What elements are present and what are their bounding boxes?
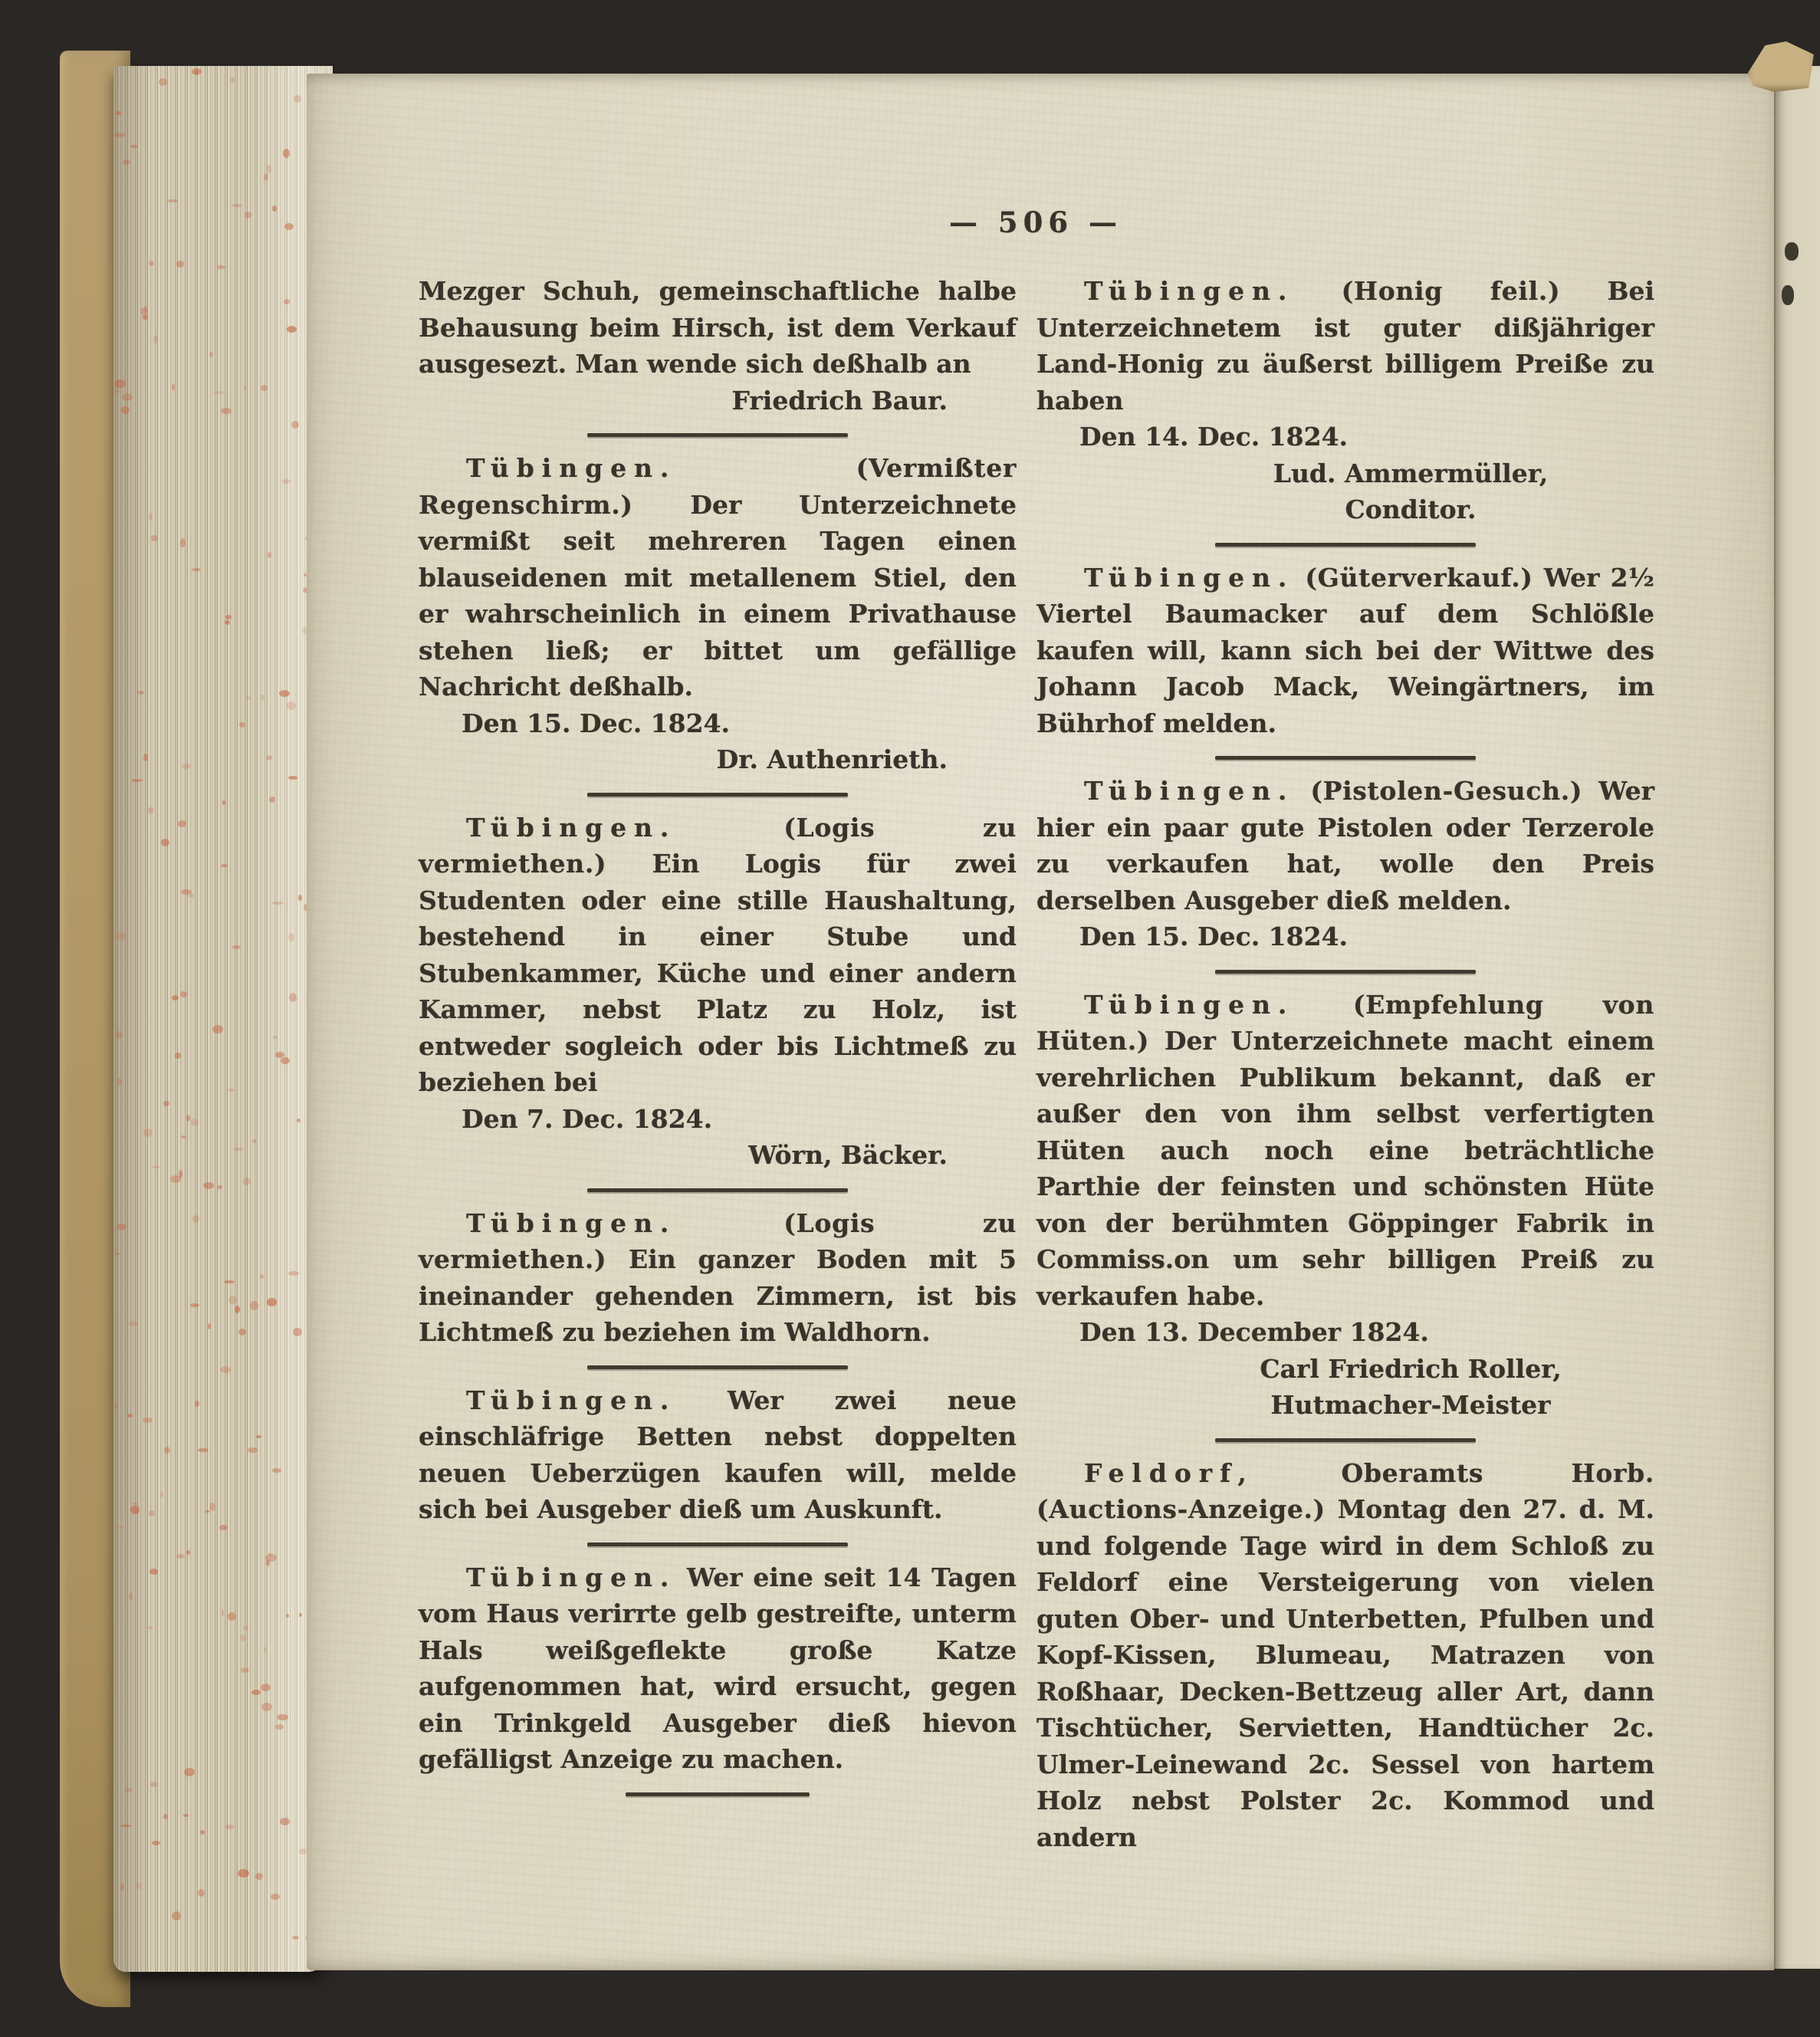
edge-speckle [209,352,213,357]
edge-speckle [115,1031,123,1039]
edge-speckle [122,393,133,401]
ad-signature: Hutmacher-Meister [1036,1387,1654,1424]
edge-speckle [176,261,184,268]
edge-speckle [220,1366,231,1373]
edge-speckle [293,1328,302,1336]
ad-section: Tübingen. (Logis zu vermiethen.) Ein Log… [419,810,1017,1192]
edge-speckle [212,1025,223,1033]
edge-speckle [186,1550,190,1555]
ad-topic: (Honig feil.) [1342,276,1561,306]
ad-section: Tübingen. (Honig feil.) Bei Unterzeichne… [1036,273,1654,547]
edge-speckle [114,379,126,388]
edge-speckle [140,307,148,316]
ad-section: Feldorf, Oberamts Horb. (Auctions-Anzeig… [1036,1455,1654,1856]
edge-speckle [217,265,225,269]
ad-body: Der Unterzeichnete vermißt seit mehreren… [419,490,1017,702]
ad-paragraph: Mezger Schuh, gemeinschaftliche halbe Be… [419,273,1017,383]
edge-speckle [130,145,138,148]
ad-paragraph: Tübingen. (Honig feil.) Bei Unterzeichne… [1036,273,1654,419]
edge-speckle [151,535,158,541]
edge-speckle [261,1703,272,1711]
section-divider [587,1543,848,1546]
ad-section: Tübingen. (Vermißter Regenschirm.) Der U… [419,450,1017,797]
ad-section: Mezger Schuh, gemeinschaftliche halbe Be… [419,273,1017,437]
edge-speckle [288,776,297,780]
ad-signature: Wörn, Bäcker. [419,1137,1017,1174]
edge-speckle [225,1825,234,1829]
edge-speckle [275,1052,284,1058]
ad-paragraph: Tübingen. Wer zwei neue einschläfrige Be… [419,1382,1017,1528]
edge-speckle [288,933,294,941]
edge-speckle [164,1447,170,1454]
edge-speckle [298,895,302,901]
edge-speckle [167,199,178,202]
edge-speckle [284,299,290,304]
edge-speckle [182,764,191,769]
edge-speckle [118,1526,124,1529]
section-divider [587,433,848,437]
ad-section: Tübingen. (Güterverkauf.) Wer 2½ Viertel… [1036,560,1654,761]
edge-speckle [287,701,296,710]
edge-speckle [191,1119,199,1126]
ad-location-head: Tübingen. [466,1385,676,1415]
edge-speckle [175,1053,181,1059]
edge-speckle [255,1873,263,1880]
edge-speckle [238,1869,249,1878]
section-divider [1215,1438,1476,1442]
edge-speckle [281,1057,290,1064]
edge-speckle [131,779,143,782]
edge-speckle [261,1684,271,1691]
edge-speckle [272,902,284,905]
edge-speckle [231,77,235,83]
edge-speckle [130,1506,140,1514]
edge-speckle [245,212,251,218]
edge-speckle [250,1301,258,1310]
edge-speckle [117,1224,126,1230]
edge-speckle [288,1271,299,1276]
edge-speckle [232,945,241,949]
edge-speckle [208,1323,211,1329]
edge-speckle [159,78,167,86]
ad-section: Tübingen. (Empfehlung von Hüten.) Der Un… [1036,987,1654,1442]
ad-body: Mezger Schuh, gemeinschaftliche halbe Be… [419,276,1017,379]
edge-speckle [209,1503,215,1511]
edge-speckle [277,1714,288,1720]
edge-speckle [283,149,290,158]
edge-speckle [256,1435,261,1438]
edge-speckle [248,1447,258,1453]
edge-speckle [280,1818,290,1825]
edge-speckle [147,807,154,813]
section-divider [626,1792,810,1796]
ad-location-head: Tübingen. [466,453,676,483]
edge-speckle [153,335,158,343]
edge-speckle [114,133,125,137]
edge-speckle [269,797,275,803]
ad-body: Ein Logis für zwei Studenten oder eine s… [419,849,1017,1097]
ink-speck [1782,285,1794,305]
edge-speckle [284,223,294,230]
edge-speckle [292,1936,299,1940]
edge-speckle [120,1825,131,1827]
edge-speckle [178,820,186,827]
edge-speckle [297,1119,301,1122]
edge-speckle [235,1306,240,1313]
edge-speckle [294,95,301,103]
edge-speckle [251,1690,261,1695]
edge-speckle [125,1788,133,1792]
edge-speckle [228,1089,235,1092]
section-divider [587,1365,848,1369]
ad-location-head: Tübingen. [1084,990,1294,1020]
edge-speckle [181,889,192,895]
torn-page-corner [1748,41,1814,92]
ad-date: Den 7. Dec. 1824. [419,1101,1017,1138]
edge-speckle [268,1552,271,1557]
ad-location-head: Tübingen. [466,1562,676,1592]
edge-speckle [127,1414,133,1418]
edge-speckle [217,1185,222,1189]
ad-paragraph: Tübingen. (Logis zu vermiethen.) Ein Log… [419,810,1017,1101]
edge-speckle [115,1253,120,1255]
edge-speckle [239,722,245,728]
ad-location-head: Tübingen. [1084,563,1294,593]
section-divider [1215,970,1476,974]
ad-paragraph: Tübingen. (Logis zu vermiethen.) Ein gan… [419,1205,1017,1351]
edge-speckle [161,839,169,846]
edge-speckle [186,1115,190,1122]
edge-speckle [260,1274,264,1279]
edge-speckle [267,1298,277,1306]
edge-speckle [143,754,148,761]
scanned-book-page: — 506 — Mezger Schuh, gemeinschaftliche … [0,0,1820,2037]
edge-speckle [184,1768,195,1776]
edge-speckle [264,173,268,181]
edge-speckle [114,389,121,393]
edge-speckle [272,1468,281,1473]
ad-section: Tübingen. Wer eine seit 14 Tagen vom Hau… [419,1559,1017,1796]
edge-speckle [287,326,297,333]
ad-body: Der Unterzeichnete macht einem verehrlic… [1036,1026,1654,1311]
edge-speckle [234,1148,243,1151]
edge-speckle [172,995,179,1000]
edge-speckle [232,204,242,207]
edge-speckle [192,568,201,571]
ad-location-head: Tübingen. [466,813,676,843]
edge-speckle [228,1612,236,1621]
ad-topic: (Pistolen-Gesuch.) [1310,776,1582,806]
edge-speckle [267,165,271,173]
edge-speckle [137,691,144,695]
ad-section: Tübingen. (Pistolen-Gesuch.) Wer hier ei… [1036,773,1654,974]
ad-date: Den 13. December 1824. [1036,1314,1654,1351]
edge-speckle [143,1129,153,1137]
edge-speckle [279,690,290,697]
edge-speckle [228,1296,237,1304]
edge-speckle [121,406,130,414]
ad-topic: (Güterverkauf.) [1305,563,1533,593]
edge-speckle [195,1401,199,1407]
edge-speckle [225,620,230,625]
edge-speckle [116,111,121,115]
edge-speckle [123,159,130,165]
edge-speckle [261,385,268,391]
edge-speckle [180,538,186,547]
ad-location-head: Tübingen. [1084,776,1294,806]
edge-speckle [150,1782,157,1787]
edge-speckle [203,1182,214,1189]
edge-speckle [195,71,199,74]
ad-paragraph: Tübingen. (Empfehlung von Hüten.) Der Un… [1036,987,1654,1315]
edge-speckle [198,1448,209,1452]
edge-speckle [149,1510,155,1516]
section-divider [587,793,848,797]
edge-speckle [222,1609,224,1617]
edge-speckle [240,1635,246,1641]
ad-paragraph: Tübingen. (Güterverkauf.) Wer 2½ Viertel… [1036,560,1654,742]
ad-paragraph: Tübingen. Wer eine seit 14 Tagen vom Hau… [419,1559,1017,1778]
ad-date: Den 15. Dec. 1824. [419,705,1017,742]
edge-speckle [200,1830,205,1835]
edge-speckle [289,993,297,1002]
ad-paragraph: Tübingen. (Pistolen-Gesuch.) Wer hier ei… [1036,773,1654,918]
edge-speckle [163,1101,169,1106]
edge-speckle [243,1178,251,1185]
ad-location-head: Tübingen. [466,1208,676,1238]
ad-section: Tübingen. (Logis zu vermiethen.) Ein gan… [419,1205,1017,1369]
edge-speckle [152,1166,160,1168]
edge-speckle [291,421,299,429]
edge-speckle [152,1841,160,1845]
ink-speck [1785,242,1799,261]
edge-speckle [286,1614,289,1618]
edge-speckle [261,695,264,701]
edge-speckle [238,1329,246,1336]
section-divider [1215,543,1476,547]
right-column: Tübingen. (Honig feil.) Bei Unterzeichne… [1036,273,1654,1855]
ad-location-head: Tübingen. [1084,276,1294,306]
fore-edge [113,66,333,1972]
edge-speckle [172,383,175,391]
edge-speckle [180,991,187,997]
edge-speckle [225,615,232,619]
edge-speckle [149,261,154,266]
ad-paragraph: Tübingen. (Vermißter Regenschirm.) Der U… [419,450,1017,705]
edge-speckle [268,552,271,558]
ad-signature: Dr. Authenrieth. [419,741,1017,778]
edge-speckle [113,1402,118,1410]
edge-speckle [176,1554,185,1559]
edge-speckle [132,1503,138,1505]
edge-speckle [245,696,251,700]
edge-speckle [221,864,228,867]
edge-speckle [163,1814,168,1819]
ad-signature: Carl Friedrich Roller, [1036,1351,1654,1388]
edge-speckle [129,1592,133,1601]
edge-speckle [205,1510,210,1513]
ad-date: Den 15. Dec. 1824. [1036,918,1654,955]
edge-speckle [192,1215,199,1223]
edge-speckle [214,391,225,394]
edge-speckle [149,1569,158,1575]
edge-speckle [149,513,153,521]
edge-speckle [299,1848,307,1855]
left-column: Mezger Schuh, gemeinschaftliche halbe Be… [419,273,1017,1809]
edge-speckle [252,1139,257,1143]
ad-signature: Friedrich Baur. [419,383,1017,419]
page-number: — 506 — [419,205,1653,239]
edge-speckle [190,1303,199,1307]
section-divider [1215,756,1476,760]
edge-speckle [244,386,246,391]
ad-paragraph: Feldorf, Oberamts Horb. (Auctions-Anzeig… [1036,1455,1654,1856]
edge-speckle [179,1170,182,1178]
next-page-sliver [1774,66,1820,1969]
edge-speckle [181,1135,186,1138]
section-divider [587,1188,848,1192]
edge-speckle [198,1889,205,1897]
edge-speckle [146,1626,153,1629]
ad-date: Den 14. Dec. 1824. [1036,419,1654,455]
edge-speckle [224,1280,235,1283]
ad-body: Montag den 27. d. M. und folgende Tage w… [1036,1494,1654,1852]
edge-speckle [219,1525,228,1530]
edge-speckle [188,894,194,898]
edge-speckle [160,1492,163,1497]
edge-speckle [266,755,272,761]
edge-speckle [116,932,126,940]
edge-speckle [120,1883,124,1891]
edge-speckle [129,1321,138,1326]
edge-speckle [273,1036,278,1039]
edge-speckle [282,479,291,484]
ad-body: Wer eine seit 14 Tagen vom Haus verirrte… [419,1562,1017,1775]
ad-signature: Lud. Ammermüller, [1036,455,1654,492]
ad-location-head: Feldorf, [1084,1458,1254,1488]
edge-speckle [143,1418,153,1423]
ad-section: Tübingen. Wer zwei neue einschläfrige Be… [419,1382,1017,1546]
edge-speckle [272,205,277,212]
edge-speckle [241,1667,249,1673]
edge-speckle [264,1647,267,1653]
edge-speckle [221,408,232,414]
edge-speckle [117,1078,122,1086]
edge-speckle [299,1613,302,1617]
edge-speckle [271,1894,280,1900]
edge-speckle [172,1911,181,1920]
edge-speckle [275,1724,284,1730]
ad-signature: Conditor. [1036,491,1654,528]
edge-speckle [183,1814,189,1817]
edge-speckle [243,1625,248,1631]
edge-speckle [222,800,225,805]
edge-speckle [135,1883,142,1889]
